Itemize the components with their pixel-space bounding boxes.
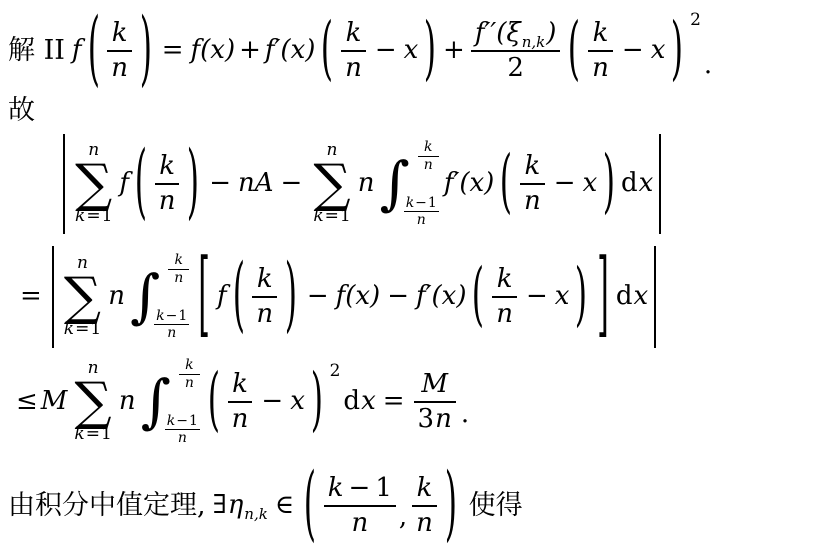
fraction-denominator: 3 n: [414, 405, 456, 434]
integral-lower-limit: k − 1 n: [165, 414, 200, 446]
var-n: n: [435, 405, 452, 434]
formula-abs-difference: n ∑ k = 1 f ( k n ) − nA − n ∑ k = 1: [60, 134, 664, 234]
var-k: k: [167, 414, 175, 429]
integral-upper-limit: k n: [179, 358, 200, 390]
plus-sign: +: [239, 36, 261, 66]
equals-sign: =: [325, 207, 339, 227]
var-k: k: [313, 207, 323, 227]
term-exists-eta: ∃ η n,k: [213, 491, 268, 521]
var-f: f: [217, 282, 227, 312]
fraction-bar: [471, 50, 561, 52]
var-x: x: [290, 387, 305, 417]
cjk-text: 故: [8, 95, 35, 126]
right-paren: ): [575, 263, 587, 332]
fraction-numerator: k: [422, 140, 434, 155]
fraction-k-over-n: k n: [107, 19, 132, 82]
right-paren: ): [140, 11, 152, 92]
fraction-denominator: n: [412, 509, 437, 538]
fraction-bar: [252, 296, 277, 298]
var-x: x: [361, 387, 376, 417]
exists-symbol: ∃: [213, 491, 227, 521]
plus-sign: +: [443, 36, 465, 66]
differential-dx: d x: [343, 387, 375, 417]
left-paren: (: [208, 368, 220, 437]
number-one: 1: [428, 196, 437, 211]
fraction-denominator: n: [347, 509, 372, 538]
fraction-denominator: n: [252, 300, 277, 329]
left-paren: (: [472, 263, 484, 332]
differential-d: d: [343, 387, 360, 417]
fraction-denominator: 2: [503, 54, 528, 83]
fraction-numerator: k: [228, 370, 252, 399]
term-f-double-prime-xi: f′′(ξ: [475, 19, 521, 48]
fraction-k-over-n: k n: [520, 152, 545, 215]
fraction-denominator: n: [172, 271, 185, 286]
fraction-numerator: k: [155, 152, 179, 181]
right-paren: ): [424, 17, 436, 86]
fraction-denominator: n: [176, 431, 189, 446]
right-paren: ): [671, 17, 683, 86]
summation: n ∑ k = 1: [64, 254, 101, 340]
fraction-numerator: k: [253, 265, 277, 294]
left-paren: (: [304, 466, 316, 547]
equals-sign: =: [162, 36, 184, 66]
left-paren: (: [500, 150, 512, 219]
var-k: k: [75, 207, 85, 227]
sum-lower-limit: k = 1: [64, 320, 101, 340]
fraction-denominator: n: [588, 54, 613, 83]
period: .: [704, 51, 712, 81]
var-x: x: [555, 282, 570, 312]
math-solution-page: 解 II f ( k n ) = f(x) + f′(x) ( k n − x …: [0, 0, 830, 556]
period: .: [461, 400, 469, 430]
fraction-numerator: k: [589, 19, 613, 48]
integral: ∫ k n k − 1 n: [130, 253, 189, 341]
integral-limits: k n k − 1 n: [406, 140, 439, 228]
var-k: k: [328, 474, 344, 503]
fraction-bar: [324, 505, 396, 507]
integral: ∫ k n k − 1 n: [379, 140, 438, 228]
differential-d: d: [621, 169, 638, 199]
fraction-M-over-3n: M 3 n: [414, 370, 456, 433]
var-x: x: [639, 169, 654, 199]
var-x: x: [634, 282, 649, 312]
exponent-2: 2: [330, 362, 341, 382]
abs-bar-left: [63, 134, 65, 234]
term-f-prime-x: f′(x): [416, 282, 466, 312]
minus-sign: −: [387, 282, 409, 312]
left-paren: (: [87, 11, 99, 92]
minus-sign: −: [349, 474, 371, 503]
fraction-numerator: k: [183, 358, 195, 373]
fraction-fpp-over-2: f′′(ξ n,k ) 2: [471, 19, 561, 82]
integral-upper-limit: k n: [418, 140, 439, 172]
fraction-denominator: n: [415, 213, 428, 228]
right-paren: ): [311, 368, 323, 437]
differential-d: d: [616, 282, 633, 312]
fraction-denominator: n: [422, 158, 435, 173]
right-paren: ): [445, 466, 457, 547]
left-paren: (: [135, 144, 147, 225]
formula-taylor-expansion: 解 II f ( k n ) = f(x) + f′(x) ( k n − x …: [8, 4, 712, 98]
fraction-denominator: n: [183, 376, 196, 391]
exponent-2: 2: [690, 11, 701, 31]
sigma-icon: ∑: [75, 161, 112, 208]
differential-dx: d x: [621, 169, 653, 199]
minus-sign: −: [526, 282, 548, 312]
fraction-denominator: n: [107, 54, 132, 83]
fraction-k-over-n: k n: [155, 152, 180, 215]
fraction-k-over-n: k n: [588, 19, 613, 82]
fraction-numerator: k: [342, 19, 366, 48]
subscript-nk: n,k: [522, 34, 546, 51]
fraction-bar: [155, 183, 180, 185]
minus-sign: −: [281, 169, 303, 199]
minus-sign: −: [166, 309, 178, 324]
subscript-nk: n,k: [244, 506, 268, 523]
fraction-bar: [107, 50, 132, 52]
var-n: n: [108, 282, 125, 312]
minus-sign: −: [176, 414, 188, 429]
formula-equality-step: = n ∑ k = 1 n ∫ k n k: [16, 246, 659, 348]
fraction-denominator: n: [492, 300, 517, 329]
integral-limits: k n k − 1 n: [156, 253, 189, 341]
right-bracket: ]: [597, 251, 609, 344]
left-paren: (: [232, 257, 244, 338]
cjk-text-prefix: 由积分中值定理,: [8, 490, 206, 521]
fraction-numerator: k − 1: [404, 196, 439, 211]
var-k: k: [406, 196, 414, 211]
leq-sign: ≤: [16, 387, 38, 417]
term-nA: nA: [238, 169, 274, 199]
fraction-numerator: k − 1: [324, 474, 396, 503]
fraction-denominator: n: [341, 54, 366, 83]
number-one: 1: [340, 207, 351, 227]
term-f-prime-x: f′(x): [265, 36, 315, 66]
fraction-denominator: n: [155, 187, 180, 216]
left-paren: (: [568, 17, 580, 86]
minus-sign: −: [307, 282, 329, 312]
integral-limits: k n k − 1 n: [167, 358, 200, 446]
fraction-numerator: k − 1: [154, 309, 189, 324]
right-paren: ): [546, 19, 556, 48]
minus-sign: −: [261, 387, 283, 417]
fraction-bar: [520, 183, 545, 185]
summation: n ∑ k = 1: [74, 359, 111, 445]
term-f-prime-x: f′(x): [444, 169, 494, 199]
integral-lower-limit: k − 1 n: [404, 196, 439, 228]
fraction-km1-over-n: k − 1 n: [324, 474, 396, 537]
differential-dx: d x: [616, 282, 648, 312]
minus-sign: −: [622, 36, 644, 66]
minus-sign: −: [554, 169, 576, 199]
sum-lower-limit: k = 1: [313, 207, 350, 227]
equals-sign: =: [86, 207, 100, 227]
fraction-k-over-n: k n: [252, 265, 277, 328]
fraction-denominator: n: [165, 326, 178, 341]
term-f-of-x: f(x): [336, 282, 381, 312]
var-eta: η: [228, 491, 244, 521]
comma: ,: [399, 503, 407, 533]
abs-bar-right: [654, 246, 656, 348]
equals-sign: =: [383, 387, 405, 417]
fraction-numerator: k: [413, 474, 437, 503]
equals-sign: =: [75, 320, 89, 340]
integral-upper-limit: k n: [168, 253, 189, 285]
var-M: M: [41, 387, 68, 417]
equals-sign: =: [20, 282, 42, 312]
sigma-icon: ∑: [75, 379, 112, 426]
term-f-of-x: f(x): [191, 36, 236, 66]
fraction-numerator: k: [108, 19, 132, 48]
var-k: k: [74, 425, 84, 445]
var-x: x: [583, 169, 598, 199]
number-one: 1: [90, 320, 101, 340]
fraction-k-over-n: k n: [492, 265, 517, 328]
number-one: 1: [189, 414, 198, 429]
formula-mean-value-theorem: 由积分中值定理, ∃ η n,k ∈ ( k − 1 n , k n ) 使得: [8, 460, 527, 552]
right-paren: ): [603, 150, 615, 219]
fraction-k-over-n: k n: [228, 370, 253, 433]
sigma-icon: ∑: [64, 274, 101, 321]
number-one: 1: [375, 474, 392, 503]
left-paren: (: [321, 17, 333, 86]
fraction-denominator: n: [520, 187, 545, 216]
var-x: x: [404, 36, 419, 66]
number-three: 3: [418, 405, 435, 434]
fraction-numerator: k: [172, 253, 184, 268]
minus-sign: −: [415, 196, 427, 211]
fraction-bar: [414, 401, 456, 403]
equals-sign: =: [86, 425, 100, 445]
sum-lower-limit: k = 1: [75, 207, 112, 227]
var-f: f: [72, 36, 82, 66]
sigma-icon: ∑: [313, 161, 350, 208]
minus-sign: −: [209, 169, 231, 199]
var-x: x: [651, 36, 666, 66]
var-n: n: [119, 387, 136, 417]
var-n: n: [358, 169, 375, 199]
right-paren: ): [285, 257, 297, 338]
right-paren: ): [187, 144, 199, 225]
fraction-numerator: M: [417, 370, 452, 399]
fraction-bar: [492, 296, 517, 298]
var-k: k: [156, 309, 164, 324]
abs-bar-right: [659, 134, 661, 234]
summation: n ∑ k = 1: [75, 141, 112, 227]
fraction-numerator: f′′(ξ n,k ): [471, 19, 561, 48]
number-one: 1: [101, 425, 112, 445]
fraction-bar: [341, 50, 366, 52]
left-bracket: [: [198, 251, 210, 344]
text-therefore: 故: [8, 94, 39, 128]
summation: n ∑ k = 1: [313, 141, 350, 227]
fraction-bar: [588, 50, 613, 52]
minus-sign: −: [375, 36, 397, 66]
integral-lower-limit: k − 1 n: [154, 309, 189, 341]
integral: ∫ k n k − 1 n: [141, 358, 200, 446]
var-f: f: [119, 169, 129, 199]
solution-label: 解 II: [8, 35, 65, 66]
formula-bound-step: ≤ M n ∑ k = 1 n ∫ k n k: [16, 354, 469, 450]
fraction-bar: [412, 505, 437, 507]
var-k: k: [64, 320, 74, 340]
number-one: 1: [102, 207, 113, 227]
sum-lower-limit: k = 1: [74, 425, 111, 445]
fraction-denominator: n: [228, 405, 253, 434]
abs-bar-left: [52, 246, 54, 348]
fraction-bar: [228, 401, 253, 403]
fraction-numerator: k: [493, 265, 517, 294]
cjk-text-suffix: 使得: [469, 490, 523, 521]
fraction-numerator: k − 1: [165, 414, 200, 429]
fraction-k-over-n: k n: [412, 474, 437, 537]
fraction-k-over-n: k n: [341, 19, 366, 82]
element-of-sign: ∈: [275, 491, 294, 521]
fraction-numerator: k: [521, 152, 545, 181]
number-one: 1: [178, 309, 187, 324]
